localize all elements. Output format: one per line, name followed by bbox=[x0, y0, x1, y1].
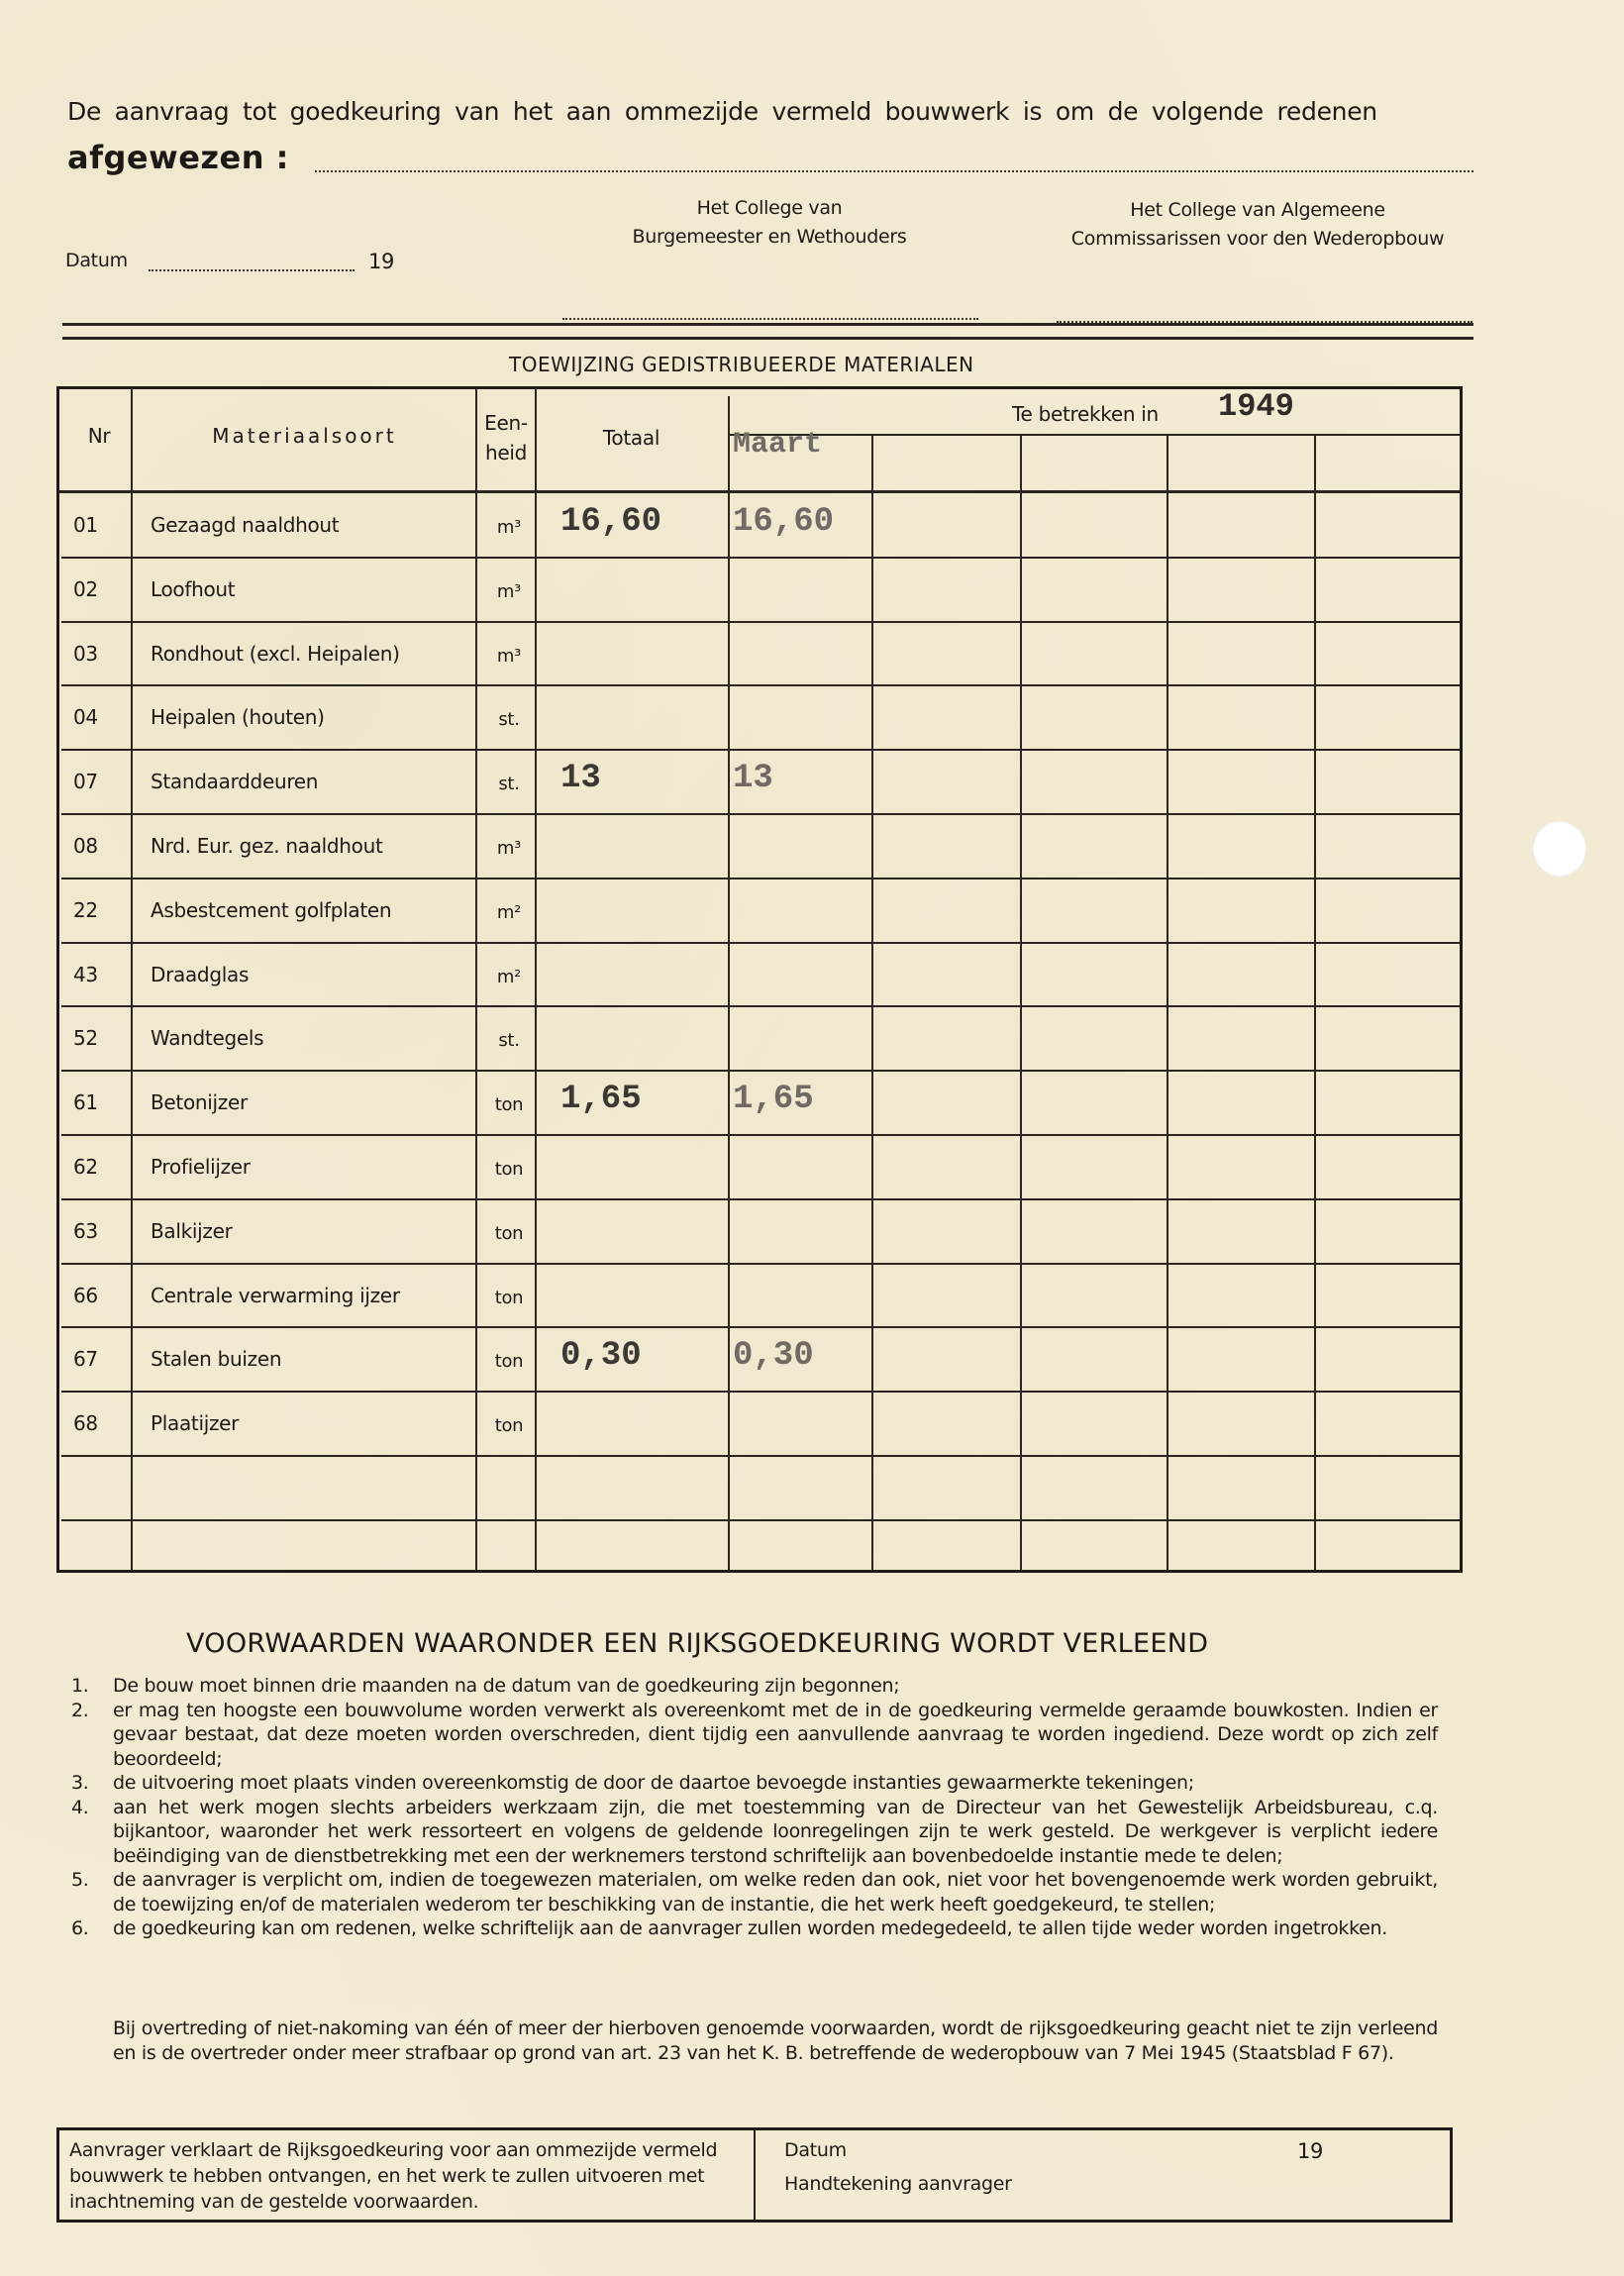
row-month1-value[interactable]: 13 bbox=[733, 760, 773, 797]
table-row bbox=[56, 1199, 1463, 1264]
row-material: Wandtegels bbox=[151, 1026, 263, 1050]
row-unit: st. bbox=[485, 774, 533, 794]
row-unit: st. bbox=[485, 709, 533, 730]
footer-datum-label: Datum bbox=[784, 2139, 847, 2161]
condition-item: 1.De bouw moet binnen drie maanden na de… bbox=[71, 1674, 1438, 1699]
row-month1-value[interactable]: 16,60 bbox=[733, 503, 834, 541]
header-unit: Een- heid bbox=[478, 408, 534, 467]
row-unit: m³ bbox=[485, 581, 533, 602]
table-row bbox=[56, 1135, 1463, 1199]
row-material: Betonijzer bbox=[151, 1090, 248, 1114]
conditions-title: VOORWAARDEN WAARONDER EEN RIJKSGOEDKEURI… bbox=[186, 1628, 1208, 1659]
condition-text: de uitvoering moet plaats vinden overeen… bbox=[113, 1771, 1438, 1796]
row-unit: m² bbox=[485, 902, 533, 923]
row-material: Profielijzer bbox=[151, 1155, 251, 1179]
double-rule-top bbox=[62, 323, 1473, 326]
row-material: Heipalen (houten) bbox=[151, 705, 325, 729]
row-material: Plaatijzer bbox=[151, 1411, 239, 1435]
row-unit: m³ bbox=[485, 838, 533, 859]
row-nr: 22 bbox=[73, 898, 129, 922]
condition-number: 3. bbox=[71, 1771, 113, 1796]
row-unit: m² bbox=[485, 967, 533, 987]
condition-item: 4.aan het werk mogen slechts arbeiders w… bbox=[71, 1796, 1438, 1869]
condition-number: 2. bbox=[71, 1699, 113, 1772]
header-material: Materiaalsoort bbox=[139, 424, 470, 448]
row-material: Nrd. Eur. gez. naaldhout bbox=[151, 834, 383, 858]
row-nr: 62 bbox=[73, 1155, 129, 1179]
condition-number: 5. bbox=[71, 1868, 113, 1916]
row-material: Balkijzer bbox=[151, 1219, 233, 1243]
condition-text: er mag ten hoogste een bouwvolume worden… bbox=[113, 1699, 1438, 1772]
table-row bbox=[56, 1456, 1463, 1520]
datum-field[interactable] bbox=[149, 269, 355, 271]
condition-number: 4. bbox=[71, 1796, 113, 1869]
allocation-title: TOEWIJZING GEDISTRIBUEERDE MATERIALEN bbox=[509, 353, 974, 376]
row-nr: 01 bbox=[73, 513, 129, 537]
row-material: Stalen buizen bbox=[151, 1347, 281, 1371]
rejection-reason-field[interactable] bbox=[315, 170, 1473, 172]
header-unit-line1: Een- bbox=[478, 408, 534, 438]
row-material: Rondhout (excl. Heipalen) bbox=[151, 642, 400, 666]
condition-text: De bouw moet binnen drie maanden na de d… bbox=[113, 1674, 1438, 1699]
row-unit: ton bbox=[485, 1351, 533, 1372]
row-unit: m³ bbox=[485, 517, 533, 538]
condition-text: aan het werk mogen slechts arbeiders wer… bbox=[113, 1796, 1438, 1869]
row-total-value[interactable]: 13 bbox=[560, 760, 601, 797]
row-unit: m³ bbox=[485, 646, 533, 667]
row-month1-value[interactable]: 0,30 bbox=[733, 1337, 814, 1375]
signature-burgemeester-field[interactable] bbox=[562, 318, 978, 320]
row-unit: ton bbox=[485, 1415, 533, 1436]
row-nr: 03 bbox=[73, 642, 129, 666]
college-commissarissen-line2: Commissarissen voor den Wederopbouw bbox=[1040, 225, 1475, 254]
condition-item: 2.er mag ten hoogste een bouwvolume word… bbox=[71, 1699, 1438, 1772]
row-unit: st. bbox=[485, 1030, 533, 1051]
row-material: Centrale verwarming ijzer bbox=[151, 1284, 400, 1307]
datum-year-prefix: 19 bbox=[368, 250, 394, 273]
row-total-value[interactable]: 16,60 bbox=[560, 503, 661, 541]
period-header-rule bbox=[728, 434, 1461, 436]
row-nr: 66 bbox=[73, 1284, 129, 1307]
row-month1-value[interactable]: 1,65 bbox=[733, 1081, 814, 1118]
college-burgemeester-line1: Het College van bbox=[606, 194, 933, 223]
condition-item: 6.de goedkeuring kan om redenen, welke s… bbox=[71, 1916, 1438, 1941]
row-material: Gezaagd naaldhout bbox=[151, 513, 339, 537]
penalty-clause: Bij overtreding of niet-nakoming van één… bbox=[113, 2017, 1438, 2065]
footer-divider bbox=[754, 2129, 756, 2221]
header-unit-line2: heid bbox=[478, 438, 534, 467]
table-row bbox=[56, 1006, 1463, 1071]
header-nr: Nr bbox=[69, 424, 129, 448]
row-nr: 04 bbox=[73, 705, 129, 729]
condition-text: de aanvrager is verplicht om, indien de … bbox=[113, 1868, 1438, 1916]
row-unit: ton bbox=[485, 1223, 533, 1244]
row-nr: 02 bbox=[73, 577, 129, 601]
footer-signature-label: Handtekening aanvrager bbox=[784, 2173, 1012, 2195]
header-total: Totaal bbox=[540, 426, 723, 450]
college-commissarissen-line1: Het College van Algemeene bbox=[1040, 196, 1475, 225]
condition-text: de goedkeuring kan om redenen, welke sch… bbox=[113, 1916, 1438, 1941]
header-period-label: Te betrekken in bbox=[1012, 402, 1159, 426]
applicant-declaration-text: Aanvrager verklaart de Rijksgoedkeuring … bbox=[69, 2137, 733, 2215]
row-unit: ton bbox=[485, 1159, 533, 1180]
rejected-label: afgewezen : bbox=[67, 139, 289, 176]
condition-item: 5.de aanvrager is verplicht om, indien d… bbox=[71, 1868, 1438, 1916]
row-material: Standaarddeuren bbox=[151, 770, 318, 793]
row-total-value[interactable]: 0,30 bbox=[560, 1337, 642, 1375]
college-burgemeester-label: Het College van Burgemeester en Wethoude… bbox=[606, 194, 933, 252]
footer-year-prefix: 19 bbox=[1297, 2139, 1323, 2163]
row-nr: 43 bbox=[73, 963, 129, 986]
double-rule-bottom bbox=[62, 337, 1473, 340]
condition-number: 1. bbox=[71, 1674, 113, 1699]
row-unit: ton bbox=[485, 1288, 533, 1308]
row-nr: 67 bbox=[73, 1347, 129, 1371]
condition-number: 6. bbox=[71, 1916, 113, 1941]
row-nr: 08 bbox=[73, 834, 129, 858]
header-period-year: 1949 bbox=[1218, 388, 1294, 425]
rejection-intro-text: De aanvraag tot goedkeuring van het aan … bbox=[67, 97, 1377, 126]
college-commissarissen-label: Het College van Algemeene Commissarissen… bbox=[1040, 196, 1475, 254]
header-month-1: Maart bbox=[733, 428, 822, 462]
table-row bbox=[56, 558, 1463, 622]
row-unit: ton bbox=[485, 1094, 533, 1115]
row-nr: 52 bbox=[73, 1026, 129, 1050]
punch-hole bbox=[1533, 821, 1586, 877]
row-nr: 63 bbox=[73, 1219, 129, 1243]
row-nr: 61 bbox=[73, 1090, 129, 1114]
college-burgemeester-line2: Burgemeester en Wethouders bbox=[606, 223, 933, 252]
conditions-list: 1.De bouw moet binnen drie maanden na de… bbox=[71, 1674, 1438, 1941]
table-row bbox=[56, 1520, 1463, 1585]
row-nr: 07 bbox=[73, 770, 129, 793]
datum-label: Datum bbox=[65, 250, 128, 271]
row-material: Loofhout bbox=[151, 577, 235, 601]
table-row bbox=[56, 1392, 1463, 1456]
condition-item: 3.de uitvoering moet plaats vinden overe… bbox=[71, 1771, 1438, 1796]
row-material: Draadglas bbox=[151, 963, 249, 986]
row-total-value[interactable]: 1,65 bbox=[560, 1081, 642, 1118]
row-material: Asbestcement golfplaten bbox=[151, 898, 391, 922]
row-nr: 68 bbox=[73, 1411, 129, 1435]
table-row bbox=[56, 943, 1463, 1007]
